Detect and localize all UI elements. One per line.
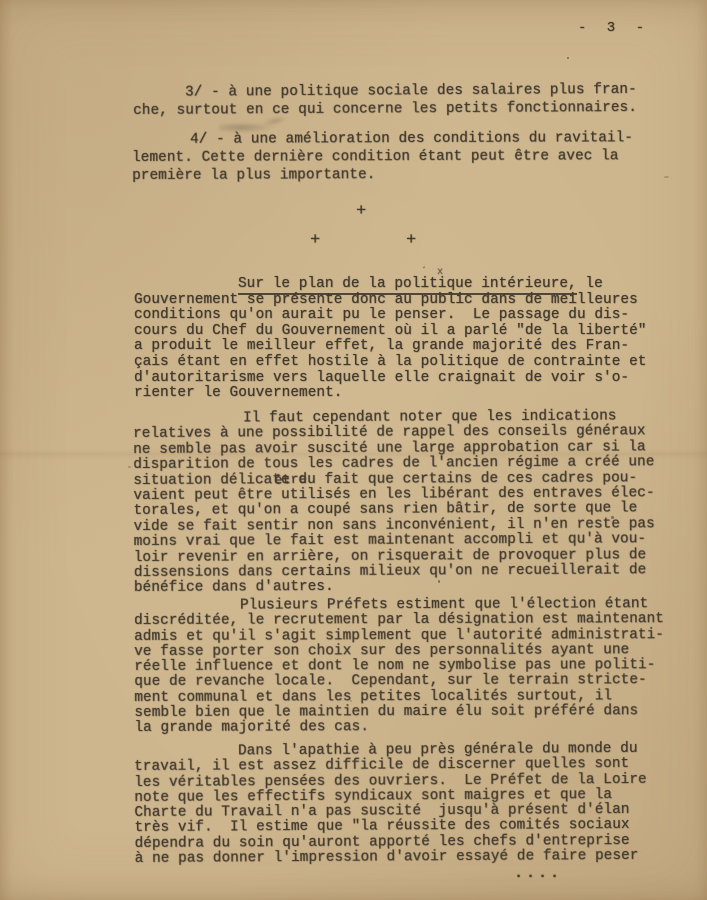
plus-separator-right: + [406, 231, 416, 250]
plus-separator-top: + [356, 202, 366, 221]
plus-separator-left: + [310, 231, 320, 250]
ink-speck [128, 466, 131, 468]
paragraph-politique-interieure: ´ x Sur le plan de la politique intérieu… [134, 277, 646, 402]
typed-line: d'autoritarisme vers laquelle elle craig… [134, 371, 646, 387]
paragraph-il-faut: être Il faut cependant noter que les ind… [133, 409, 655, 597]
heading-rest-text: le [577, 276, 603, 292]
paragraph-prefets: Plusieurs Préfets estiment que l'électio… [134, 597, 664, 737]
ink-speck [567, 57, 569, 59]
paragraph-apathie: Dans l'apathie à peu près générale du mo… [134, 742, 647, 868]
typed-line: rienter le Gouvernement. [134, 386, 646, 402]
ink-speck [664, 176, 669, 178]
typed-insertion-etre: être [274, 473, 307, 490]
typed-line: conditions qu'on aurait pu le penser. Le… [134, 308, 646, 324]
typed-line: à ne pas donner l'impression d'avoir ess… [135, 849, 648, 867]
scanned-document-page: - 3 - 3/ - à une politique sociale des s… [0, 0, 707, 900]
correction-marks: ´ x [421, 265, 445, 281]
typed-line: 4/ - à une amélioration des conditions d… [132, 129, 633, 149]
typed-line: a produit le meilleur effet, la grande m… [134, 339, 646, 355]
typed-line: çais étant en effet hostile à la politiq… [134, 355, 646, 371]
typed-line: bénéfice dans d'autres. [134, 579, 655, 597]
continuation-dots: .... [514, 865, 562, 882]
heading-line: Sur le plan de la politique intérieure, … [134, 277, 646, 293]
heading-body: Gouvernement se présente donc au public … [134, 293, 646, 402]
paragraph-item-4: 4/ - à une amélioration des conditions d… [132, 129, 633, 185]
page-number: - 3 - [578, 20, 650, 36]
typed-line: la grande majorité des cas. [134, 720, 664, 737]
typed-line: lement. Cette dernière condition étant p… [132, 147, 633, 167]
typed-line: Gouvernement se présente donc au public … [134, 293, 646, 309]
typed-line: che, surtout en ce qui concerne les peti… [133, 99, 637, 120]
typed-line: première la plus importante. [132, 165, 633, 185]
paragraph-item-3: 3/ - à une politique sociale des salaire… [133, 81, 637, 120]
